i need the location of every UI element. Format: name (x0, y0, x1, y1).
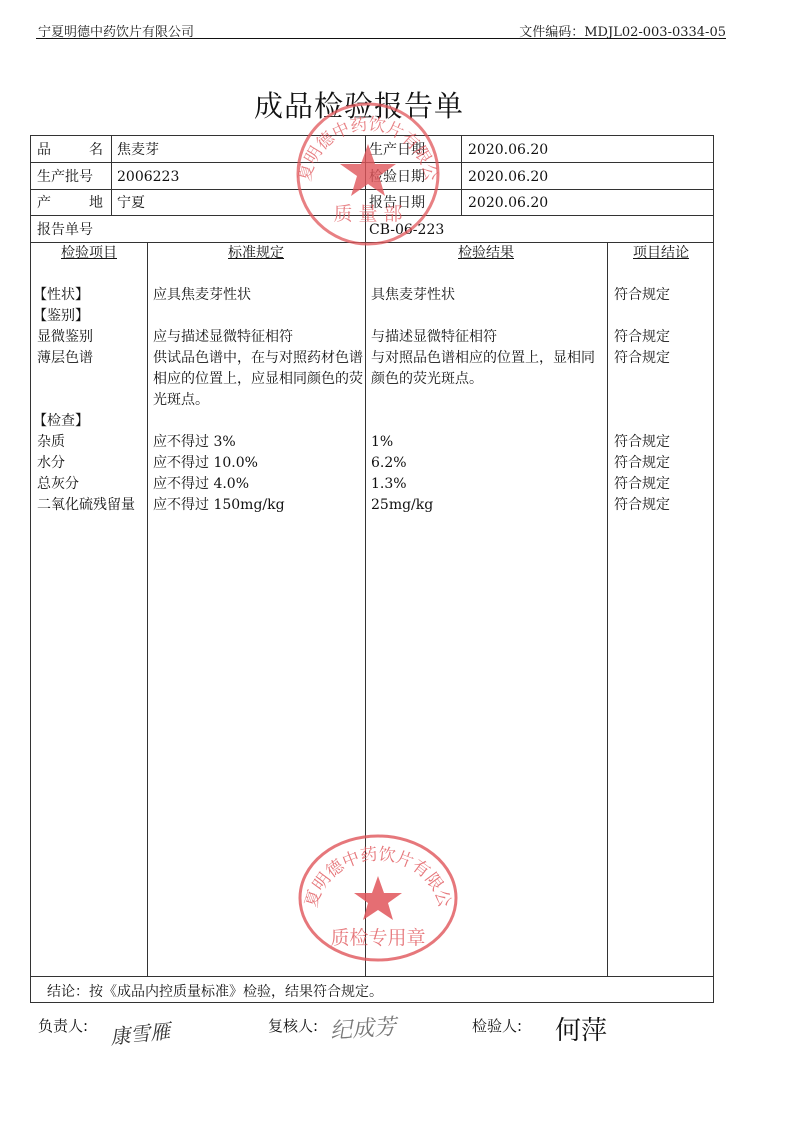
report-date-label: 报告日期 (369, 193, 425, 213)
standard: 应不得过 10.0% (153, 453, 258, 473)
production-date-label: 生产日期 (369, 140, 425, 160)
item: 杂质 (37, 432, 65, 452)
result: 25mg/kg (371, 495, 433, 515)
production-date: 2020.06.20 (468, 140, 548, 160)
divider (31, 215, 713, 216)
item: 显微鉴别 (37, 327, 93, 347)
overall-conclusion: 结论：按《成品内控质量标准》检验，结果符合规定。 (47, 982, 383, 1002)
header-rule (36, 38, 726, 39)
divider (147, 242, 148, 976)
col-header-conclusion: 项目结论 (607, 243, 715, 263)
conclusion: 符合规定 (614, 474, 670, 494)
report-no-label: 报告单号 (37, 220, 93, 240)
conclusion: 符合规定 (614, 453, 670, 473)
divider (31, 976, 713, 977)
divider (461, 136, 462, 215)
batch-label: 生产批号 (37, 167, 93, 187)
item: 【性状】 (33, 285, 89, 305)
result: 1% (371, 432, 393, 452)
company-header: 宁夏明德中药饮片有限公司 (38, 18, 194, 38)
item: 【检查】 (33, 411, 89, 431)
standard: 应不得过 3% (153, 432, 236, 452)
result: 具焦麦芽性状 (371, 285, 455, 305)
report-table: 品 名 焦麦芽 生产批号 2006223 产 地 宁夏 报告单号 CB-06-2… (30, 135, 714, 1003)
product-name: 焦麦芽 (117, 140, 159, 160)
conclusion: 符合规定 (614, 285, 670, 305)
inspector-label: 检验人: (472, 1015, 522, 1036)
divider (111, 136, 112, 215)
divider (31, 189, 713, 190)
col-header-item: 检验项目 (31, 243, 147, 263)
reviewer-signature: 纪成芳 (329, 1010, 397, 1046)
batch-number: 2006223 (117, 167, 179, 187)
product-name-label: 品 名 (37, 140, 103, 160)
inspection-date: 2020.06.20 (468, 167, 548, 187)
inspector-signature: 何萍 (555, 1010, 607, 1047)
divider (365, 136, 366, 242)
label-char: 产 (37, 193, 51, 213)
result: 6.2% (371, 453, 407, 473)
col-header-result: 检验结果 (365, 243, 607, 263)
divider (365, 242, 366, 976)
standard: 应具焦麦芽性状 (153, 285, 251, 305)
item: 二氧化硫残留量 (37, 495, 135, 515)
divider (607, 242, 608, 976)
origin: 宁夏 (117, 193, 145, 213)
item: 水分 (37, 453, 65, 473)
reviewer-label: 复核人: (268, 1015, 318, 1036)
label-char: 名 (89, 140, 103, 160)
inspection-date-label: 检验日期 (369, 167, 425, 187)
result: 1.3% (371, 474, 407, 494)
page-title: 成品检验报告单 (0, 84, 718, 125)
result: 与对照品色谱相应的位置上，显相同颜色的荧光斑点。 (371, 348, 605, 390)
standard: 供试品色谱中，在与对照药材色谱相应的位置上，应显相同颜色的荧光斑点。 (153, 348, 363, 411)
document-code: 文件编码：MDJL02-003-0334-05 (519, 18, 726, 38)
item: 薄层色谱 (37, 348, 93, 368)
conclusion: 符合规定 (614, 432, 670, 452)
report-no: CB-06-223 (369, 220, 444, 240)
conclusion: 符合规定 (614, 495, 670, 515)
standard: 应不得过 4.0% (153, 474, 249, 494)
result: 与描述显微特征相符 (371, 327, 497, 347)
standard: 应不得过 150mg/kg (153, 495, 285, 515)
conclusion: 符合规定 (614, 348, 670, 368)
origin-label: 产 地 (37, 193, 103, 213)
responsible-label: 负责人: (38, 1015, 88, 1036)
item: 总灰分 (37, 474, 79, 494)
report-date: 2020.06.20 (468, 193, 548, 213)
conclusion: 符合规定 (614, 327, 670, 347)
item: 【鉴别】 (33, 306, 89, 326)
label-char: 地 (89, 193, 103, 213)
standard: 应与描述显微特征相符 (153, 327, 293, 347)
col-header-standard: 标准规定 (147, 243, 365, 263)
responsible-signature: 康雪雁 (109, 1015, 172, 1050)
label-char: 品 (37, 140, 51, 160)
divider (31, 162, 713, 163)
